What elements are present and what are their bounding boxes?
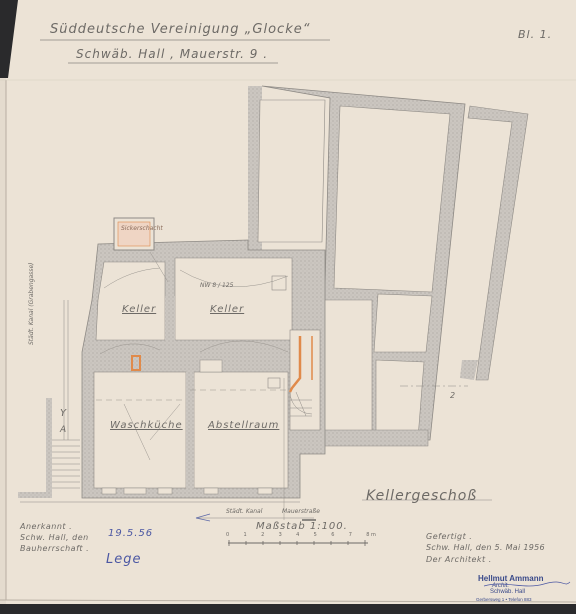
prepared-line-1: Gefertigt .	[426, 532, 472, 541]
scale-ticks: 0 1 2 3 4 5 6 7 8 m	[226, 532, 376, 538]
connection-label-right: Mauerstraße	[282, 508, 320, 515]
scale-tick: 0	[226, 532, 229, 538]
scale-tick: 2	[261, 532, 264, 538]
pipe-label: NW 8 / 125	[200, 282, 233, 289]
approval-signature: Lege	[106, 552, 142, 567]
scale-tick: 5	[314, 532, 317, 538]
architect-stamp: Hellmut Ammann Archit. Schwäb. Hall Gerb…	[474, 574, 574, 604]
scale-tick: 8 m	[366, 532, 376, 538]
room-label-cellar-right: Keller	[210, 304, 244, 315]
sheet-number: Bl. 1.	[518, 28, 552, 41]
approval-date: 19.5.56	[108, 528, 153, 539]
document-address: Schwäb. Hall , Mauerstr. 9 .	[76, 47, 268, 61]
plan-sheet: Y A 2 Süddeutsche Vereinigung „Glocke“ S…	[0, 0, 576, 614]
svg-text:A: A	[59, 425, 66, 435]
scale-tick: 7	[349, 532, 352, 538]
document-title: Süddeutsche Vereinigung „Glocke“	[50, 22, 310, 37]
scale-label: Maßstab 1:100.	[256, 521, 348, 532]
room-label-storage: Abstellraum	[208, 420, 279, 431]
scale-tick: 6	[331, 532, 334, 538]
room-label-cellar-left: Keller	[122, 304, 156, 315]
svg-text:2: 2	[450, 391, 455, 400]
approval-line-2: Schw. Hall, den	[20, 533, 89, 542]
scale-tick: 1	[244, 532, 247, 538]
side-label: Städt. Kanal (Grabengasse)	[28, 263, 35, 345]
connection-label-left: Städt. Kanal	[226, 508, 262, 515]
prepared-line-2: Schw. Hall, den 5. Mai 1956	[426, 543, 545, 552]
approval-line-1: Anerkannt .	[20, 522, 72, 531]
floor-name: Kellergeschoß	[366, 488, 477, 504]
scale-tick: 3	[279, 532, 282, 538]
svg-text:Y: Y	[60, 408, 67, 419]
scale-tick: 4	[296, 532, 299, 538]
prepared-line-3: Der Architekt .	[426, 555, 492, 564]
room-label-laundry: Waschküche	[110, 420, 183, 431]
pit-label: Sickerschacht	[121, 225, 163, 233]
approval-line-3: Bauherrschaft .	[20, 544, 89, 553]
stamp-signature-scribble	[474, 574, 574, 604]
